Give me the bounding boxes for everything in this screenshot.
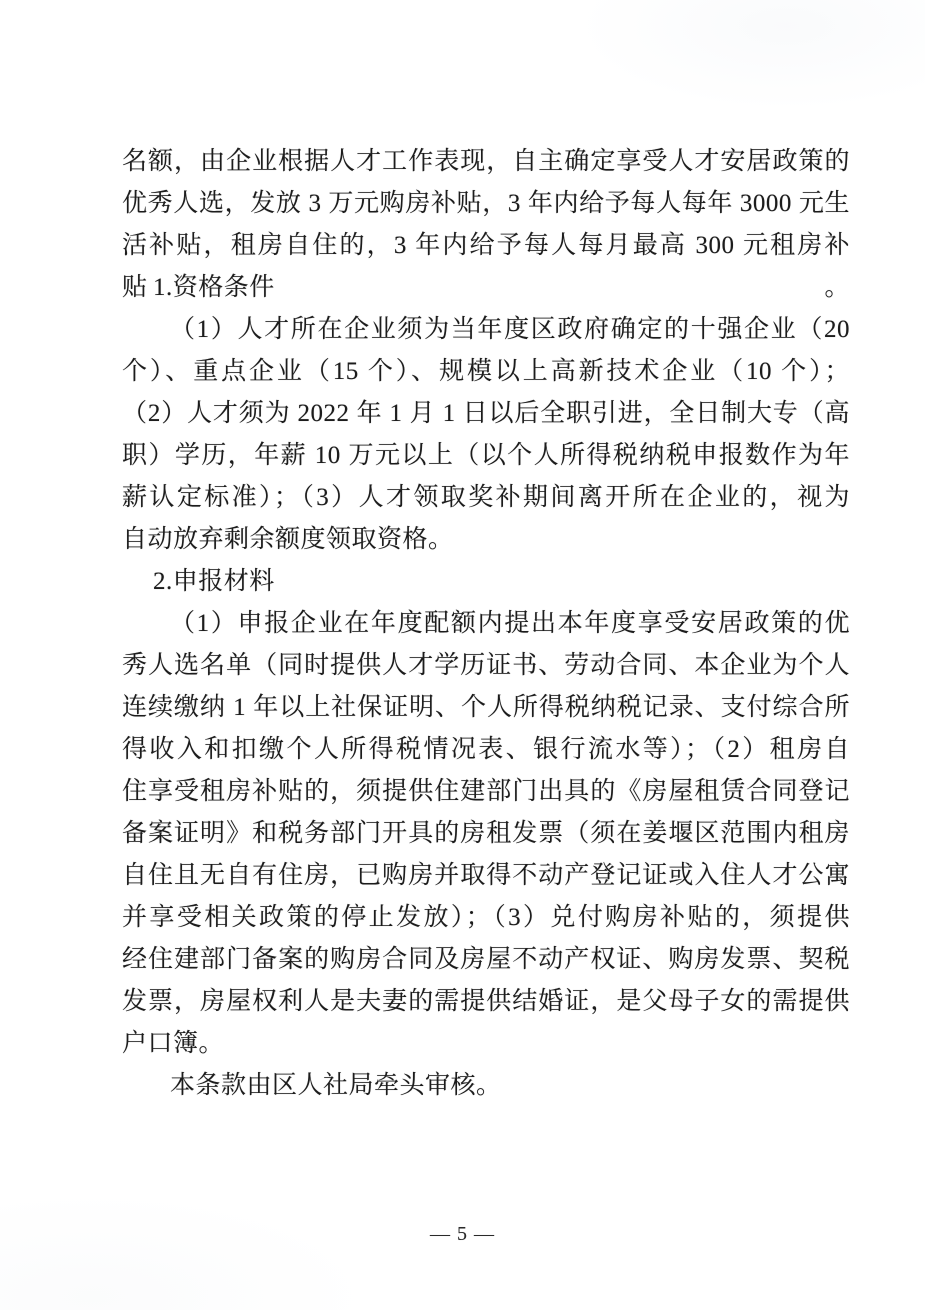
document-line: 得收入和扣缴个人所得税情况表、银行流水等）；（2）租房自 [122, 729, 850, 771]
document-line: （1）人才所在企业须为当年度区政府确定的十强企业（20 [122, 309, 850, 351]
document-line: 自住且无自有住房，已购房并取得不动产登记证或入住人才公寓 [122, 855, 850, 897]
closing-line: 本条款由区人社局牵头审核。 [122, 1065, 850, 1107]
document-line: （2）人才须为 2022 年 1 月 1 日以后全职引进，全日制大专（高 [122, 393, 850, 435]
document-line: 发票，房屋权利人是夫妻的需提供结婚证，是父母子女的需提供 [122, 981, 850, 1023]
document-line: 连续缴纳 1 年以上社保证明、个人所得税纳税记录、支付综合所 [122, 687, 850, 729]
document-line: 秀人选名单（同时提供人才学历证书、劳动合同、本企业为个人 [122, 645, 850, 687]
document-line: 并享受相关政策的停止发放）；（3）兑付购房补贴的，须提供 [122, 897, 850, 939]
document-line: 经住建部门备案的购房合同及房屋不动产权证、购房发票、契税 [122, 939, 850, 981]
document-line: 职）学历，年薪 10 万元以上（以个人所得税纳税申报数作为年 [122, 435, 850, 477]
document-line: 自动放弃剩余额度领取资格。 [122, 519, 850, 561]
document-line: 优秀人选，发放 3 万元购房补贴，3 年内给予每人每年 3000 元生 [122, 183, 850, 225]
document-body: 名额，由企业根据人才工作表现，自主确定享受人才安居政策的 优秀人选，发放 3 万… [122, 141, 850, 1107]
document-line: 活补贴，租房自住的，3 年内给予每人每月最高 300 元租房补贴。 [122, 225, 850, 267]
document-line: 备案证明》和税务部门开具的房租发票（须在姜堰区范围内租房 [122, 813, 850, 855]
document-line: 名额，由企业根据人才工作表现，自主确定享受人才安居政策的 [122, 141, 850, 183]
document-line: （1）申报企业在年度配额内提出本年度享受安居政策的优 [122, 603, 850, 645]
scanned-document-page: 名额，由企业根据人才工作表现，自主确定享受人才安居政策的 优秀人选，发放 3 万… [0, 0, 925, 1310]
page-number: — 5 — [0, 1222, 925, 1246]
document-line: 住享受租房补贴的，须提供住建部门出具的《房屋租赁合同登记 [122, 771, 850, 813]
section-heading-application-materials: 2.申报材料 [122, 561, 850, 603]
document-line: 户口簿。 [122, 1023, 850, 1065]
document-line: 薪认定标准）；（3）人才领取奖补期间离开所在企业的，视为 [122, 477, 850, 519]
document-line: 个）、重点企业（15 个）、规模以上高新技术企业（10 个）； [122, 351, 850, 393]
